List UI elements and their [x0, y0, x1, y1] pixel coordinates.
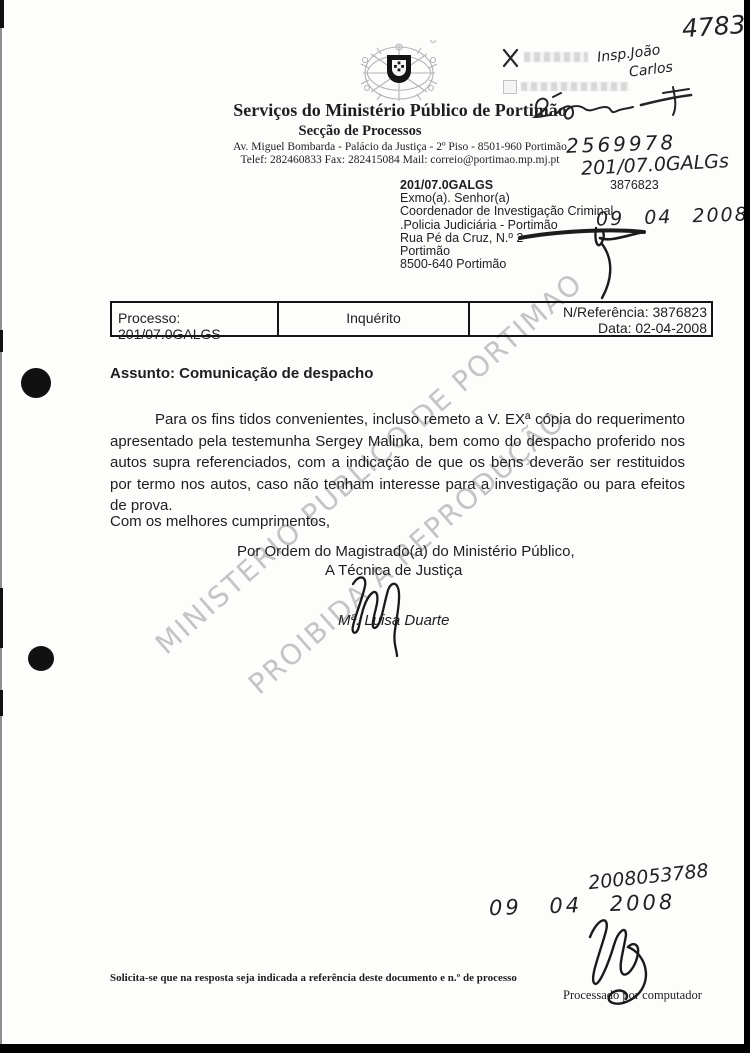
scan-edge-right [744, 0, 750, 1053]
date-value: Data: 02-04-2008 [470, 320, 707, 336]
table-cell-processo: Processo: 201/07.0GALGS [112, 303, 279, 335]
table-cell-inquerito: Inquérito [279, 303, 470, 335]
stamp-faded-text [524, 52, 588, 62]
signature-authority-line: Por Ordem do Magistrado(a) do Ministério… [237, 543, 575, 560]
handwritten-corner-page-number: 4783 [681, 10, 746, 43]
stamp-checkbox-icon [503, 80, 517, 94]
scan-edge-mark [0, 0, 4, 28]
handwritten-paraph-signature [512, 218, 652, 300]
hole-punch [28, 646, 54, 671]
body-paragraph: Para os fins tidos convenientes, incluso… [110, 409, 685, 517]
scan-edge-mark [0, 330, 3, 352]
reference-table: Processo: 201/07.0GALGS Inquérito N/Refe… [110, 301, 713, 337]
scanned-document-page: MINISTERIO PUBLICO DE PORTIMAO PROIBIDA … [0, 0, 750, 1053]
scan-edge-mark [0, 588, 3, 648]
document-number: 3876823 [610, 179, 659, 192]
signatory-signature-scribble [335, 568, 425, 660]
scan-edge-bottom [0, 1044, 750, 1053]
scan-edge-left [0, 0, 2, 1053]
bottom-signature-scribble [568, 905, 668, 1015]
stamp-faded-text [521, 82, 629, 91]
stamp-x-mark-icon [501, 47, 521, 69]
scan-edge-mark [0, 690, 3, 716]
footer-note: Solicita-se que na resposta seja indicad… [110, 972, 517, 984]
closing-line: Com os melhores cumprimentos, [110, 513, 330, 530]
reference-value: N/Referência: 3876823 [470, 304, 707, 320]
table-cell-referencia: N/Referência: 3876823 Data: 02-04-2008 [470, 303, 711, 335]
subject-line: Assunto: Comunicação de despacho [110, 365, 373, 382]
handwritten-title-annotation [523, 85, 698, 130]
hole-punch [21, 368, 51, 398]
